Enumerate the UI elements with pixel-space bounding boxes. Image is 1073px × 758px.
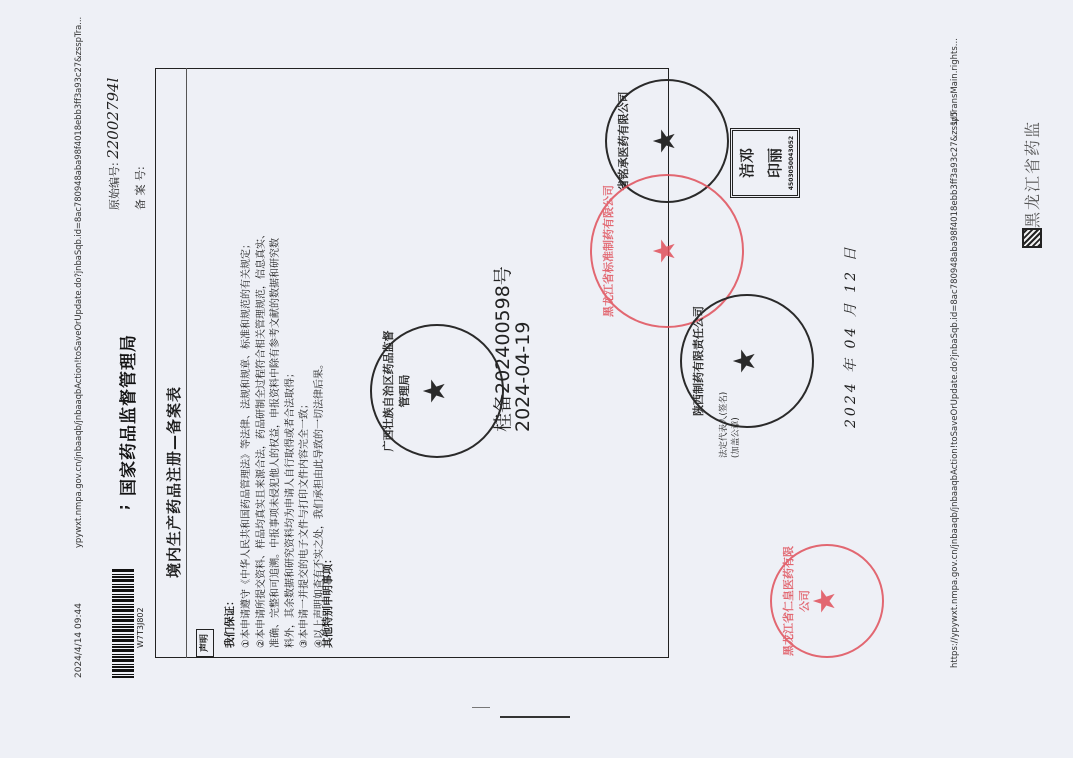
star-icon: ★ xyxy=(651,238,681,265)
sign-date: 2024 年 04 月 12 日 xyxy=(840,244,860,428)
star-icon: ★ xyxy=(421,378,451,405)
form-title: 境内生产药品注册—备案表 xyxy=(163,386,184,578)
declaration-tag: 声明 xyxy=(196,629,214,657)
seal-char: 洁 xyxy=(738,163,756,178)
agency-name: 国家药品监督管理局 xyxy=(114,334,139,496)
distributor-seal-red: 黑龙江省仁皇医药有限公司 ★ xyxy=(770,544,884,658)
signer-seal: 陕西制药有限责任公司 ★ xyxy=(680,294,814,428)
star-icon: ★ xyxy=(811,588,841,615)
personal-square-seal: 洁邓 印丽 4503050043052 xyxy=(730,128,800,198)
footer-url: https://ypywxt.nmpa.gov.cn/jnbaaqb/jnbaa… xyxy=(950,38,960,668)
barcode-code: W7T3J802 xyxy=(136,607,145,648)
guarantee-items: ①本申请遵守《中华人民共和国药品管理法》等法律、法规和规章、标准和规范的有关规定… xyxy=(240,88,327,648)
star-icon: ★ xyxy=(651,128,681,155)
seal-text: 广西壮族自治区药品监督管理局 xyxy=(380,326,412,456)
registration-date: 2024-04-19 xyxy=(513,266,533,432)
gx-admin-seal: 广西壮族自治区药品监督管理局 ★ xyxy=(370,324,504,458)
seal-text: 黑龙江省标准制药有限公司 xyxy=(600,176,616,326)
seal-char: 邓 xyxy=(738,148,756,163)
guarantee-item: ②本申请所提交资料、样品均真实且来源合法，药品研制全过程符合相关管理规范，信息真… xyxy=(255,88,270,648)
guarantee-item: ③本申请一并提交的电子文件与打印文件内容完全一致； xyxy=(298,88,313,648)
original-number-value: 22002794l xyxy=(104,78,122,159)
star-icon: ★ xyxy=(731,348,761,375)
scan-mark xyxy=(500,716,570,718)
side-text: 黑龙江省药监 xyxy=(1020,120,1043,228)
record-number-label: 备 案 号: xyxy=(132,166,148,210)
seal-char: 丽 xyxy=(766,148,784,163)
header-url: ypywxt.nmpa.gov.cn/jnbaaqb/jnbaaqbAction… xyxy=(74,17,84,548)
agency-mark: ; xyxy=(116,504,132,510)
company-seal-note: (加盖公章) xyxy=(730,392,742,458)
qr-code-icon xyxy=(1022,228,1042,248)
registration-number: 桂备202400598号 xyxy=(493,266,513,432)
guarantee-heading: 我们保证： xyxy=(222,596,237,649)
guarantee-item: 准确、完整和可追溯。中报事项未侵犯他人的权益，申报资料中除有参考文献的数据和研究… xyxy=(269,88,284,648)
seal-text: 陕西制药有限责任公司 xyxy=(690,296,706,426)
special-heading: 其他特别申明事项： xyxy=(320,554,335,649)
original-number: 原始编号: 22002794l xyxy=(104,78,122,210)
legal-rep-label: 法定代表人(签名) xyxy=(718,392,730,458)
barcode-icon xyxy=(112,568,134,678)
guarantee-item: 料外，其余数据和研究资料均为申请人自行取得或者合法取得； xyxy=(284,88,299,648)
legal-rep-block: 法定代表人(签名) (加盖公章) xyxy=(718,392,742,458)
guarantee-item: ①本申请遵守《中华人民共和国药品管理法》等法律、法规和规章、标准和规范的有关规定… xyxy=(240,88,255,648)
title-divider xyxy=(186,68,187,658)
document-page: 2024/4/14 09:44 ypywxt.nmpa.gov.cn/jnbaa… xyxy=(0,0,1073,758)
print-timestamp: 2024/4/14 09:44 xyxy=(74,603,84,678)
square-seal-id: 4503050043052 xyxy=(789,131,795,195)
original-number-label: 原始编号: xyxy=(108,162,121,210)
registration-stamp: 桂备202400598号 2024-04-19 xyxy=(493,266,533,432)
seal-char: 印 xyxy=(766,163,784,178)
scan-mark xyxy=(472,707,490,708)
page-number: 1/5 xyxy=(950,112,960,126)
